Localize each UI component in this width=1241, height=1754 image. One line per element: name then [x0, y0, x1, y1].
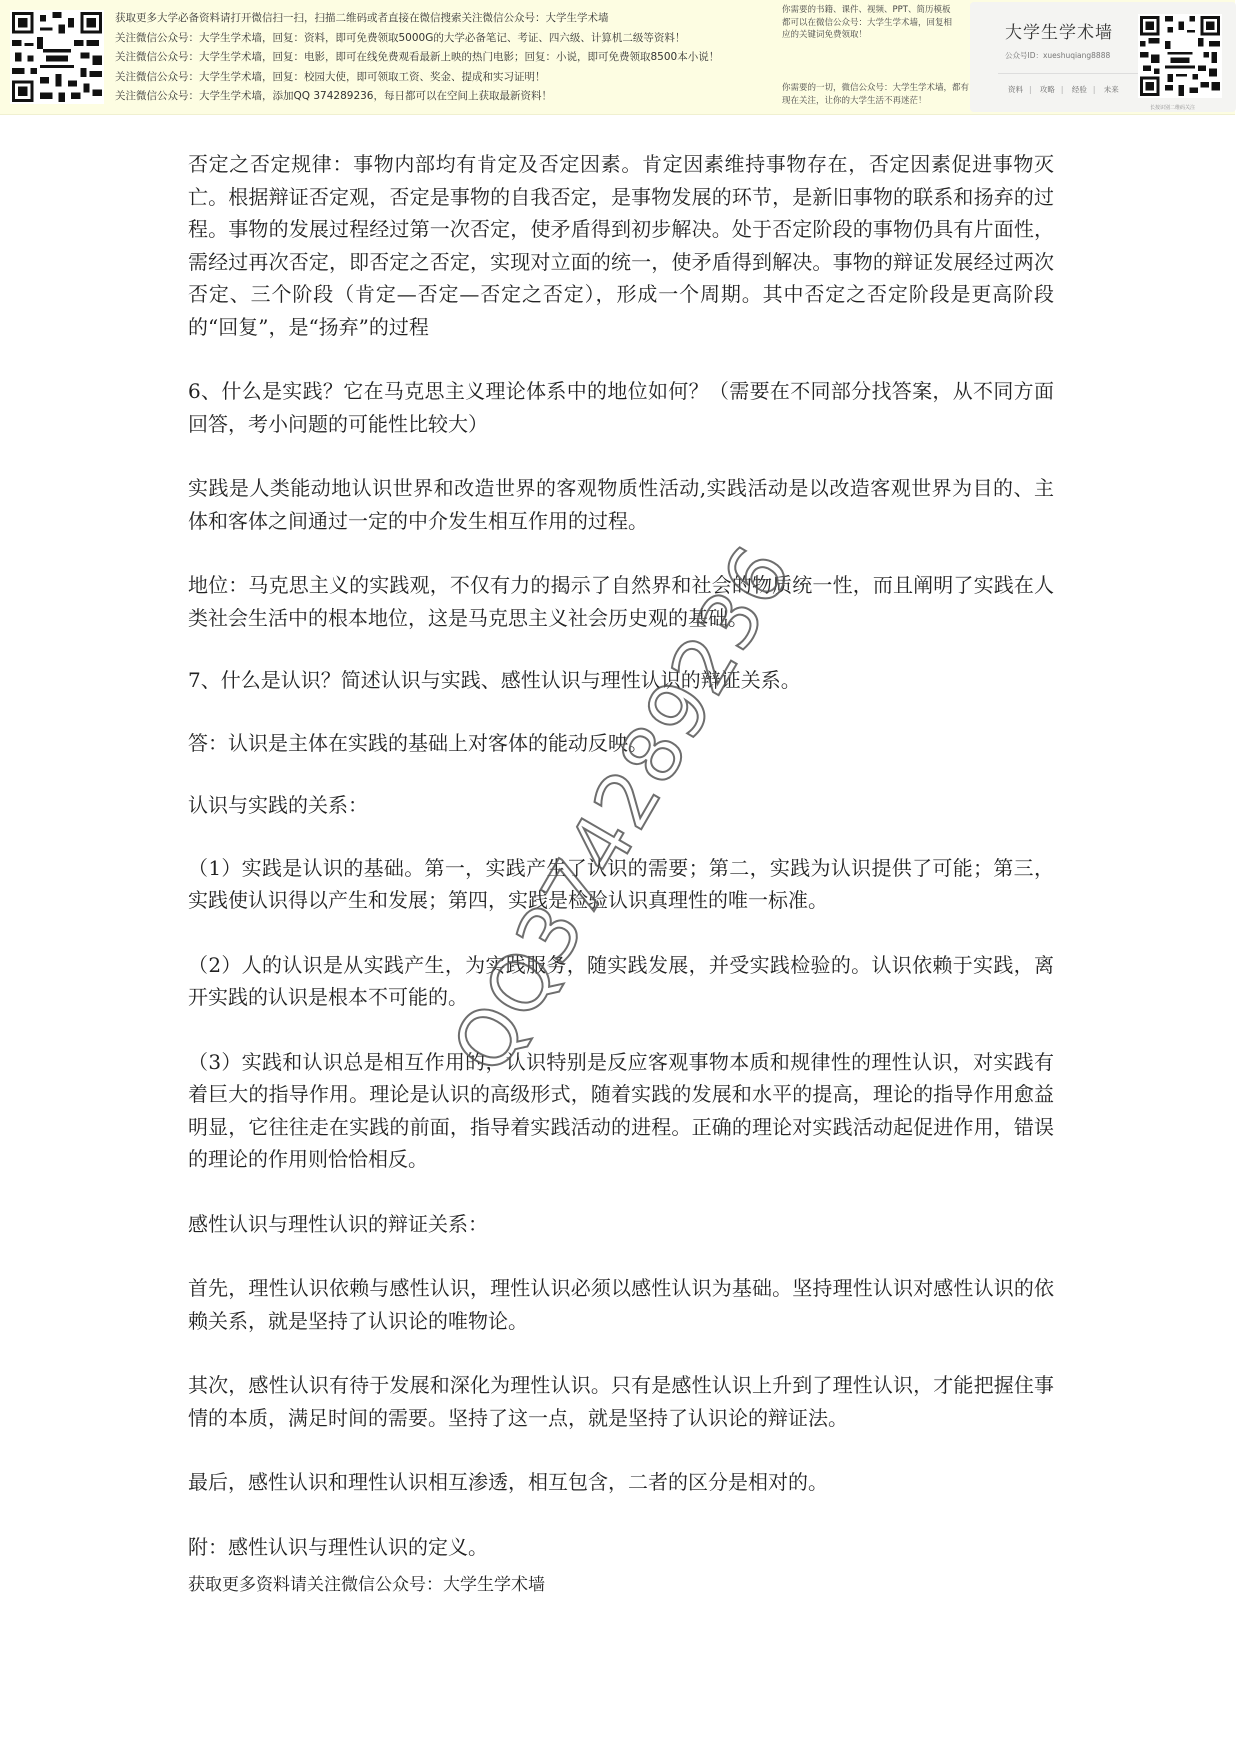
- dialectic-second: 其次，感性认识有待于发展和深化为理性认识。只有是感性认识上升到了理性认识，才能把…: [188, 1369, 1054, 1434]
- banner-line: 获取更多大学必备资料请打开微信扫一扫，扫描二维码或者直接在微信搜索关注微信公众号…: [115, 9, 719, 29]
- dialectic-last: 最后，感性认识和理性认识相互渗透，相互包含，二者的区分是相对的。: [188, 1466, 1054, 1499]
- separator: |: [1061, 85, 1064, 94]
- banner-right-line: 现在关注，让你的大学生活不再迷茫！: [782, 95, 978, 108]
- separator: |: [1093, 85, 1096, 94]
- qr-code-left[interactable]: [10, 10, 104, 104]
- banner-line: 关注微信公众号：大学生学术墙，回复：电影，即可在线免费观看最新上映的热门电影；回…: [115, 48, 719, 68]
- question-7: 7、什么是认识？简述认识与实践、感性认识与理性认识的辩证关系。: [188, 664, 1054, 697]
- paragraph-practice-status: 地位：马克思主义的实践观，不仅有力的揭示了自然界和社会的物质统一性，而且阐明了实…: [188, 569, 1054, 634]
- appendix-note: 附：感性认识与理性认识的定义。: [188, 1531, 1054, 1564]
- banner-right-line: 你需要的一切，微信公众号：大学生学术墙，都有！: [782, 82, 978, 95]
- banner-right-line: 你需要的书籍、课件、视频、PPT、简历模板: [782, 4, 952, 17]
- heading-cognition-practice: 认识与实践的关系：: [188, 789, 1054, 822]
- banner-text-lines: 获取更多大学必备资料请打开微信扫一扫，扫描二维码或者直接在微信搜索关注微信公众号…: [115, 9, 719, 107]
- qr-code-right[interactable]: [1138, 14, 1222, 98]
- paragraph-practice-definition: 实践是人类能动地认识世界和改造世界的客观物质性活动,实践活动是以改造客观世界为目…: [188, 472, 1054, 537]
- relation-point-3: （3）实践和认识总是相互作用的，认识特别是反应客观事物本质和规律性的理性认识，对…: [188, 1046, 1054, 1176]
- qr-code-icon: [1140, 16, 1220, 96]
- banner-line: 关注微信公众号：大学生学术墙，回复：资料，即可免费领取5000G的大学必备笔记、…: [115, 29, 719, 49]
- qr-caption: 长按识别二维码关注: [1150, 104, 1195, 111]
- account-links: 资料| 攻略| 经验| 未来: [1008, 84, 1119, 95]
- banner-right-top-text: 你需要的书籍、课件、视频、PPT、简历模板 都可以在微信公众号：大学生学术墙，回…: [782, 4, 952, 42]
- account-name: 大学生学术墙: [1005, 18, 1113, 43]
- link-guides[interactable]: 攻略: [1040, 85, 1055, 94]
- document-body: 否定之否定规律：事物内部均有肯定及否定因素。肯定因素维持事物存在，否定因素促进事…: [188, 148, 1054, 1602]
- relation-point-2: （2）人的认识是从实践产生，为实践服务，随实践发展，并受实践检验的。认识依赖于实…: [188, 949, 1054, 1014]
- banner-line: 关注微信公众号：大学生学术墙，回复：校园大使，即可领取工资、奖金、提成和实习证明…: [115, 68, 719, 88]
- banner-line: 关注微信公众号：大学生学术墙，添加QQ 374289236，每日都可以在空间上获…: [115, 87, 719, 107]
- separator: |: [1029, 85, 1032, 94]
- banner-right-line: 都可以在微信公众号：大学生学术墙，回复相: [782, 17, 952, 30]
- link-experience[interactable]: 经验: [1072, 85, 1087, 94]
- account-id: 公众号ID：xueshuqiang8888: [1005, 50, 1110, 61]
- qr-code-icon: [12, 12, 102, 102]
- footer-promo: 获取更多资料请关注微信公众号：大学生学术墙: [188, 1569, 1054, 1602]
- paragraph-negation-law: 否定之否定规律：事物内部均有肯定及否定因素。肯定因素维持事物存在，否定因素促进事…: [188, 148, 1054, 343]
- banner-right-bottom-text: 你需要的一切，微信公众号：大学生学术墙，都有！ 现在关注，让你的大学生活不再迷茫…: [782, 82, 978, 107]
- banner-right-line: 应的关键词免费领取！: [782, 29, 952, 42]
- divider: [998, 73, 1138, 74]
- question-6: 6、什么是实践？它在马克思主义理论体系中的地位如何？（需要在不同部分找答案，从不…: [188, 375, 1054, 440]
- dialectic-first: 首先，理性认识依赖与感性认识，理性认识必须以感性认识为基础。坚持理性认识对感性认…: [188, 1272, 1054, 1337]
- relation-point-1: （1）实践是认识的基础。第一，实践产生了认识的需要；第二，实践为认识提供了可能；…: [188, 852, 1054, 917]
- link-resources[interactable]: 资料: [1008, 85, 1023, 94]
- answer-cognition: 答：认识是主体在实践的基础上对客体的能动反映。: [188, 727, 1054, 760]
- heading-dialectic: 感性认识与理性认识的辩证关系：: [188, 1208, 1054, 1241]
- link-future[interactable]: 未来: [1104, 85, 1119, 94]
- promo-banner: 获取更多大学必备资料请打开微信扫一扫，扫描二维码或者直接在微信搜索关注微信公众号…: [0, 0, 1235, 115]
